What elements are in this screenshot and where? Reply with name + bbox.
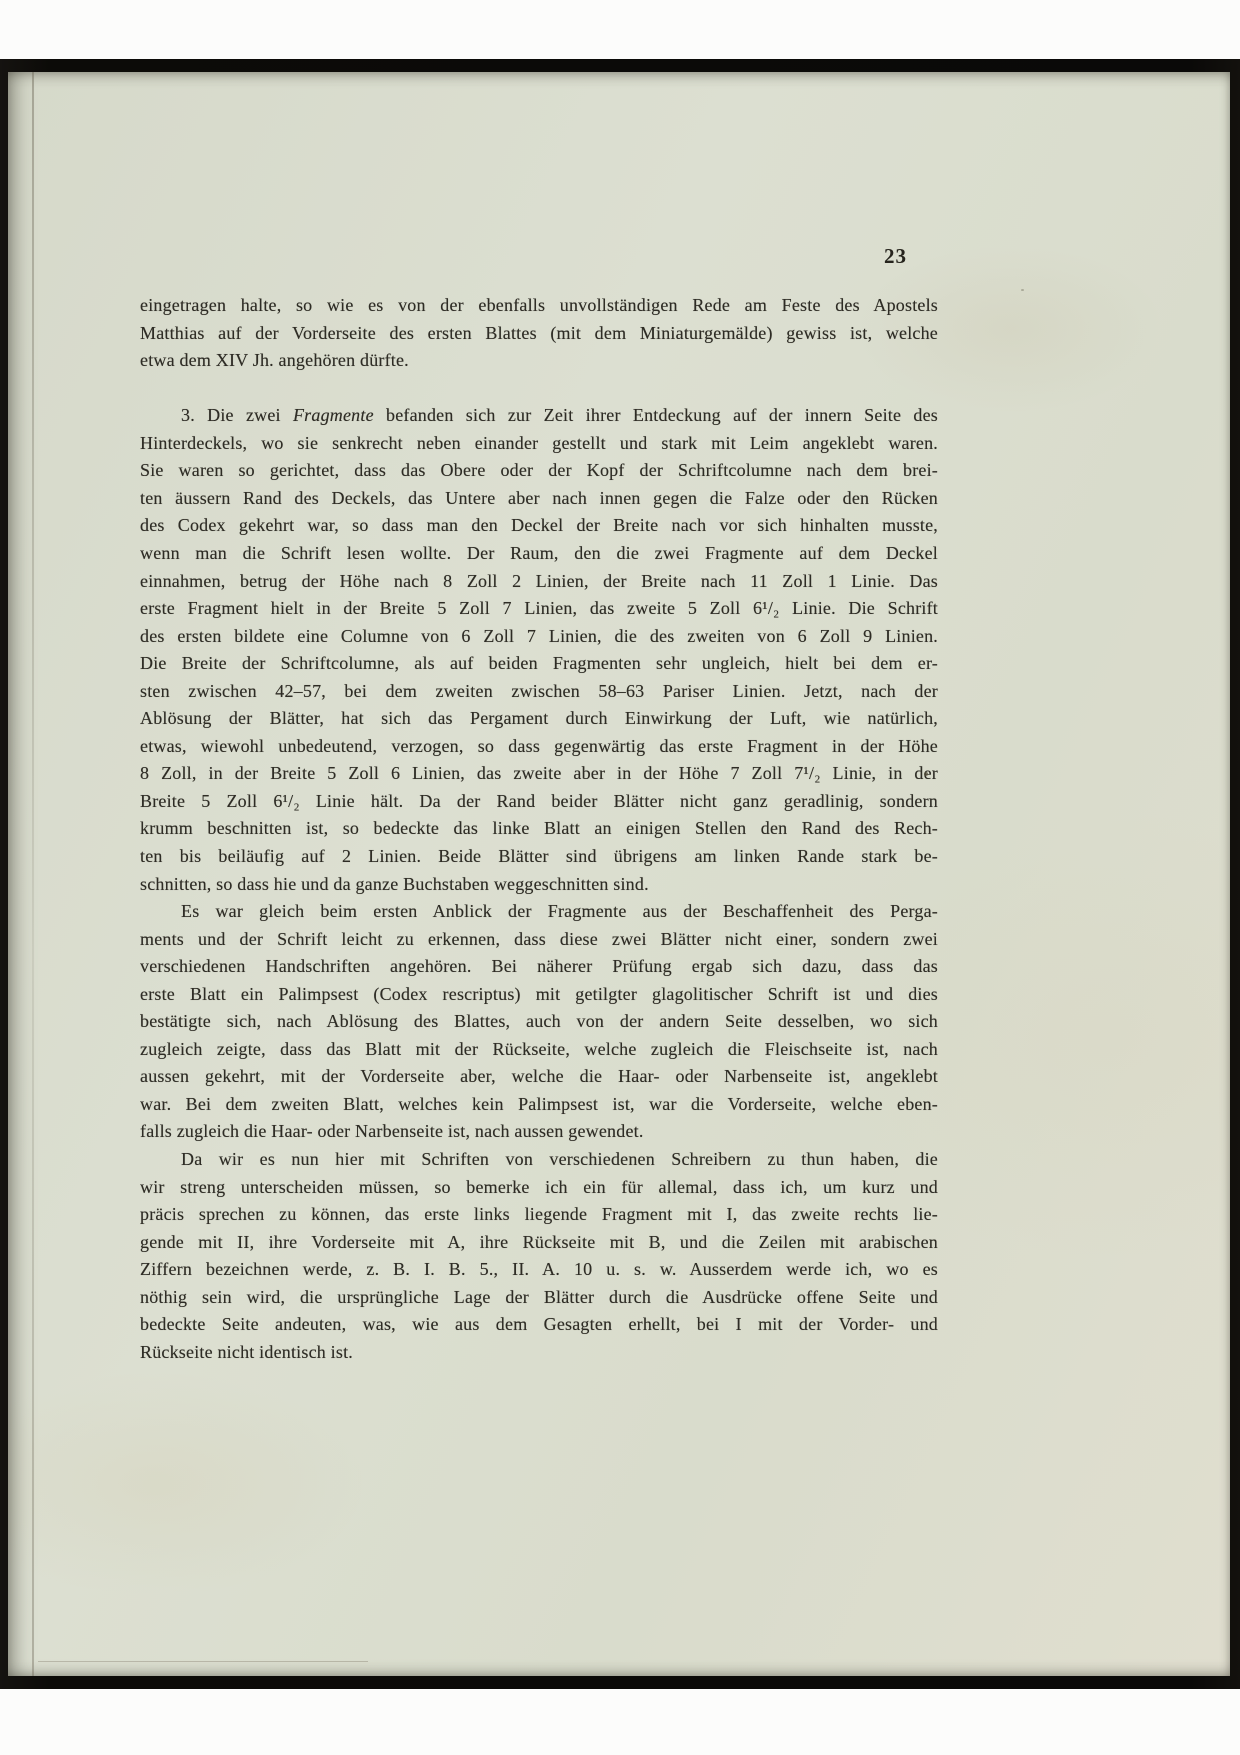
text-line: des Codex gekehrt war, so dass man den D… bbox=[140, 512, 938, 540]
text-line: 3. Die zwei Fragmente befanden sich zur … bbox=[140, 402, 938, 430]
text-line: Ziffern bezeichnen werde, z. B. I. B. 5.… bbox=[140, 1256, 938, 1284]
text-segment: bestätigte sich, nach Ablösung des Blatt… bbox=[140, 1011, 938, 1031]
text-line: bedeckte Seite andeuten, was, wie aus de… bbox=[140, 1311, 938, 1339]
book-cover-edge: 23 eingetragen halte, so wie es von der … bbox=[0, 59, 1240, 1689]
text-line: Die Breite der Schriftcolumne, als auf b… bbox=[140, 650, 938, 678]
text-segment: zugleich zeigte, dass das Blatt mit der … bbox=[140, 1039, 938, 1059]
text-line: erste Fragment hielt in der Breite 5 Zol… bbox=[140, 595, 938, 623]
text-line: des ersten bildete eine Columne von 6 Zo… bbox=[140, 623, 938, 651]
text-segment: erste Fragment hielt in der Breite 5 Zol… bbox=[140, 598, 938, 618]
ink-speck bbox=[924, 772, 928, 776]
paper-page: 23 eingetragen halte, so wie es von der … bbox=[8, 72, 1230, 1676]
text-segment: falls zugleich die Haar- oder Narbenseit… bbox=[140, 1121, 644, 1141]
text-segment: nöthig sein wird, die ursprüngliche Lage… bbox=[140, 1287, 938, 1307]
text-line: ten bis beiläufig auf 2 Linien. Beide Bl… bbox=[140, 843, 938, 871]
page-bottom-fold bbox=[38, 1661, 368, 1662]
text-line: eingetragen halte, so wie es von der ebe… bbox=[140, 292, 938, 320]
page-crease bbox=[32, 72, 34, 1676]
text-segment: etwa dem XIV Jh. angehören dürfte. bbox=[140, 350, 409, 370]
text-line: wir streng unterscheiden müssen, so beme… bbox=[140, 1174, 938, 1202]
text-segment: aussen gekehrt, mit der Vorderseite aber… bbox=[140, 1066, 938, 1086]
text-segment: wenn man die Schrift lesen wollte. Der R… bbox=[140, 543, 938, 563]
text-line: Rückseite nicht identisch ist. bbox=[140, 1339, 938, 1367]
scan-background: { "page": { "number": "23", "paragraphs"… bbox=[0, 0, 1240, 1755]
text-line: Ablösung der Blätter, hat sich das Perga… bbox=[140, 705, 938, 733]
text-line: Es war gleich beim ersten Anblick der Fr… bbox=[140, 898, 938, 926]
text-line: etwa dem XIV Jh. angehören dürfte. bbox=[140, 347, 938, 375]
text-line: sten zwischen 42–57, bei dem zweiten zwi… bbox=[140, 678, 938, 706]
text-segment: 8 Zoll, in der Breite 5 Zoll 6 Linien, d… bbox=[140, 763, 938, 783]
ink-speck bbox=[1021, 289, 1024, 291]
text-line: Breite 5 Zoll 6¹/₂ Linie hält. Da der Ra… bbox=[140, 788, 938, 816]
paragraph: Es war gleich beim ersten Anblick der Fr… bbox=[140, 898, 938, 1146]
text-line: schnitten, so dass hie und da ganze Buch… bbox=[140, 871, 938, 899]
text-segment: etwas, wiewohl unbedeutend, verzogen, so… bbox=[140, 736, 938, 756]
text-line: präcis sprechen zu können, das erste lin… bbox=[140, 1201, 938, 1229]
text-segment: Sie waren so gerichtet, dass das Obere o… bbox=[140, 460, 938, 480]
page-text: eingetragen halte, so wie es von der ebe… bbox=[140, 292, 938, 1366]
text-segment: ments und der Schrift leicht zu erkennen… bbox=[140, 929, 938, 949]
text-line: gende mit II, ihre Vorderseite mit A, ih… bbox=[140, 1229, 938, 1257]
text-segment: eingetragen halte, so wie es von der ebe… bbox=[140, 295, 938, 315]
text-segment: verschiedenen Handschriften angehören. B… bbox=[140, 956, 938, 976]
text-segment: Hinterdeckels, wo sie senkrecht neben ei… bbox=[140, 433, 938, 453]
text-line: einnahmen, betrug der Höhe nach 8 Zoll 2… bbox=[140, 568, 938, 596]
paragraph: 3. Die zwei Fragmente befanden sich zur … bbox=[140, 402, 938, 898]
text-line: Da wir es nun hier mit Schriften von ver… bbox=[140, 1146, 938, 1174]
text-segment: präcis sprechen zu können, das erste lin… bbox=[140, 1204, 938, 1224]
text-line: zugleich zeigte, dass das Blatt mit der … bbox=[140, 1036, 938, 1064]
text-segment: Ablösung der Blätter, hat sich das Perga… bbox=[140, 708, 938, 728]
text-segment: sten zwischen 42–57, bei dem zweiten zwi… bbox=[140, 681, 938, 701]
italic-text: Fragmente bbox=[293, 405, 374, 425]
text-line: wenn man die Schrift lesen wollte. Der R… bbox=[140, 540, 938, 568]
text-segment: Es war gleich beim ersten Anblick der Fr… bbox=[181, 901, 938, 921]
text-segment: befanden sich zur Zeit ihrer Entdeckung … bbox=[374, 405, 938, 425]
text-segment: schnitten, so dass hie und da ganze Buch… bbox=[140, 874, 649, 894]
text-segment: krumm beschnitten ist, so bedeckte das l… bbox=[140, 818, 938, 838]
paragraph: eingetragen halte, so wie es von der ebe… bbox=[140, 292, 938, 375]
text-segment: Da wir es nun hier mit Schriften von ver… bbox=[181, 1149, 938, 1169]
text-line: bestätigte sich, nach Ablösung des Blatt… bbox=[140, 1008, 938, 1036]
text-segment: Die Breite der Schriftcolumne, als auf b… bbox=[140, 653, 938, 673]
text-segment: gende mit II, ihre Vorderseite mit A, ih… bbox=[140, 1232, 938, 1252]
text-line: ments und der Schrift leicht zu erkennen… bbox=[140, 926, 938, 954]
text-segment: Matthias auf der Vorderseite des ersten … bbox=[140, 323, 938, 343]
text-line: etwas, wiewohl unbedeutend, verzogen, so… bbox=[140, 733, 938, 761]
text-segment: Rückseite nicht identisch ist. bbox=[140, 1342, 353, 1362]
text-segment: bedeckte Seite andeuten, was, wie aus de… bbox=[140, 1314, 938, 1334]
text-line: ten äussern Rand des Deckels, das Untere… bbox=[140, 485, 938, 513]
text-line: war. Bei dem zweiten Blatt, welches kein… bbox=[140, 1091, 938, 1119]
text-segment: 3. Die zwei bbox=[181, 405, 293, 425]
text-segment: ten bis beiläufig auf 2 Linien. Beide Bl… bbox=[140, 846, 938, 866]
text-segment: Breite 5 Zoll 6¹/₂ Linie hält. Da der Ra… bbox=[140, 791, 938, 811]
text-segment: wir streng unterscheiden müssen, so beme… bbox=[140, 1177, 938, 1197]
paragraph: Da wir es nun hier mit Schriften von ver… bbox=[140, 1146, 938, 1366]
text-segment: des Codex gekehrt war, so dass man den D… bbox=[140, 515, 938, 535]
text-segment: des ersten bildete eine Columne von 6 Zo… bbox=[140, 626, 938, 646]
text-line: krumm beschnitten ist, so bedeckte das l… bbox=[140, 815, 938, 843]
text-segment: war. Bei dem zweiten Blatt, welches kein… bbox=[140, 1094, 938, 1114]
text-line: verschiedenen Handschriften angehören. B… bbox=[140, 953, 938, 981]
text-line: nöthig sein wird, die ursprüngliche Lage… bbox=[140, 1284, 938, 1312]
text-line: falls zugleich die Haar- oder Narbenseit… bbox=[140, 1118, 938, 1146]
text-line: erste Blatt ein Palimpsest (Codex rescri… bbox=[140, 981, 938, 1009]
text-segment: ten äussern Rand des Deckels, das Untere… bbox=[140, 488, 938, 508]
page-number: 23 bbox=[884, 244, 907, 269]
text-line: Matthias auf der Vorderseite des ersten … bbox=[140, 320, 938, 348]
text-segment: erste Blatt ein Palimpsest (Codex rescri… bbox=[140, 984, 938, 1004]
text-line: aussen gekehrt, mit der Vorderseite aber… bbox=[140, 1063, 938, 1091]
text-line: Sie waren so gerichtet, dass das Obere o… bbox=[140, 457, 938, 485]
text-segment: Ziffern bezeichnen werde, z. B. I. B. 5.… bbox=[140, 1259, 938, 1279]
text-segment: einnahmen, betrug der Höhe nach 8 Zoll 2… bbox=[140, 571, 938, 591]
text-line: 8 Zoll, in der Breite 5 Zoll 6 Linien, d… bbox=[140, 760, 938, 788]
text-line: Hinterdeckels, wo sie senkrecht neben ei… bbox=[140, 430, 938, 458]
